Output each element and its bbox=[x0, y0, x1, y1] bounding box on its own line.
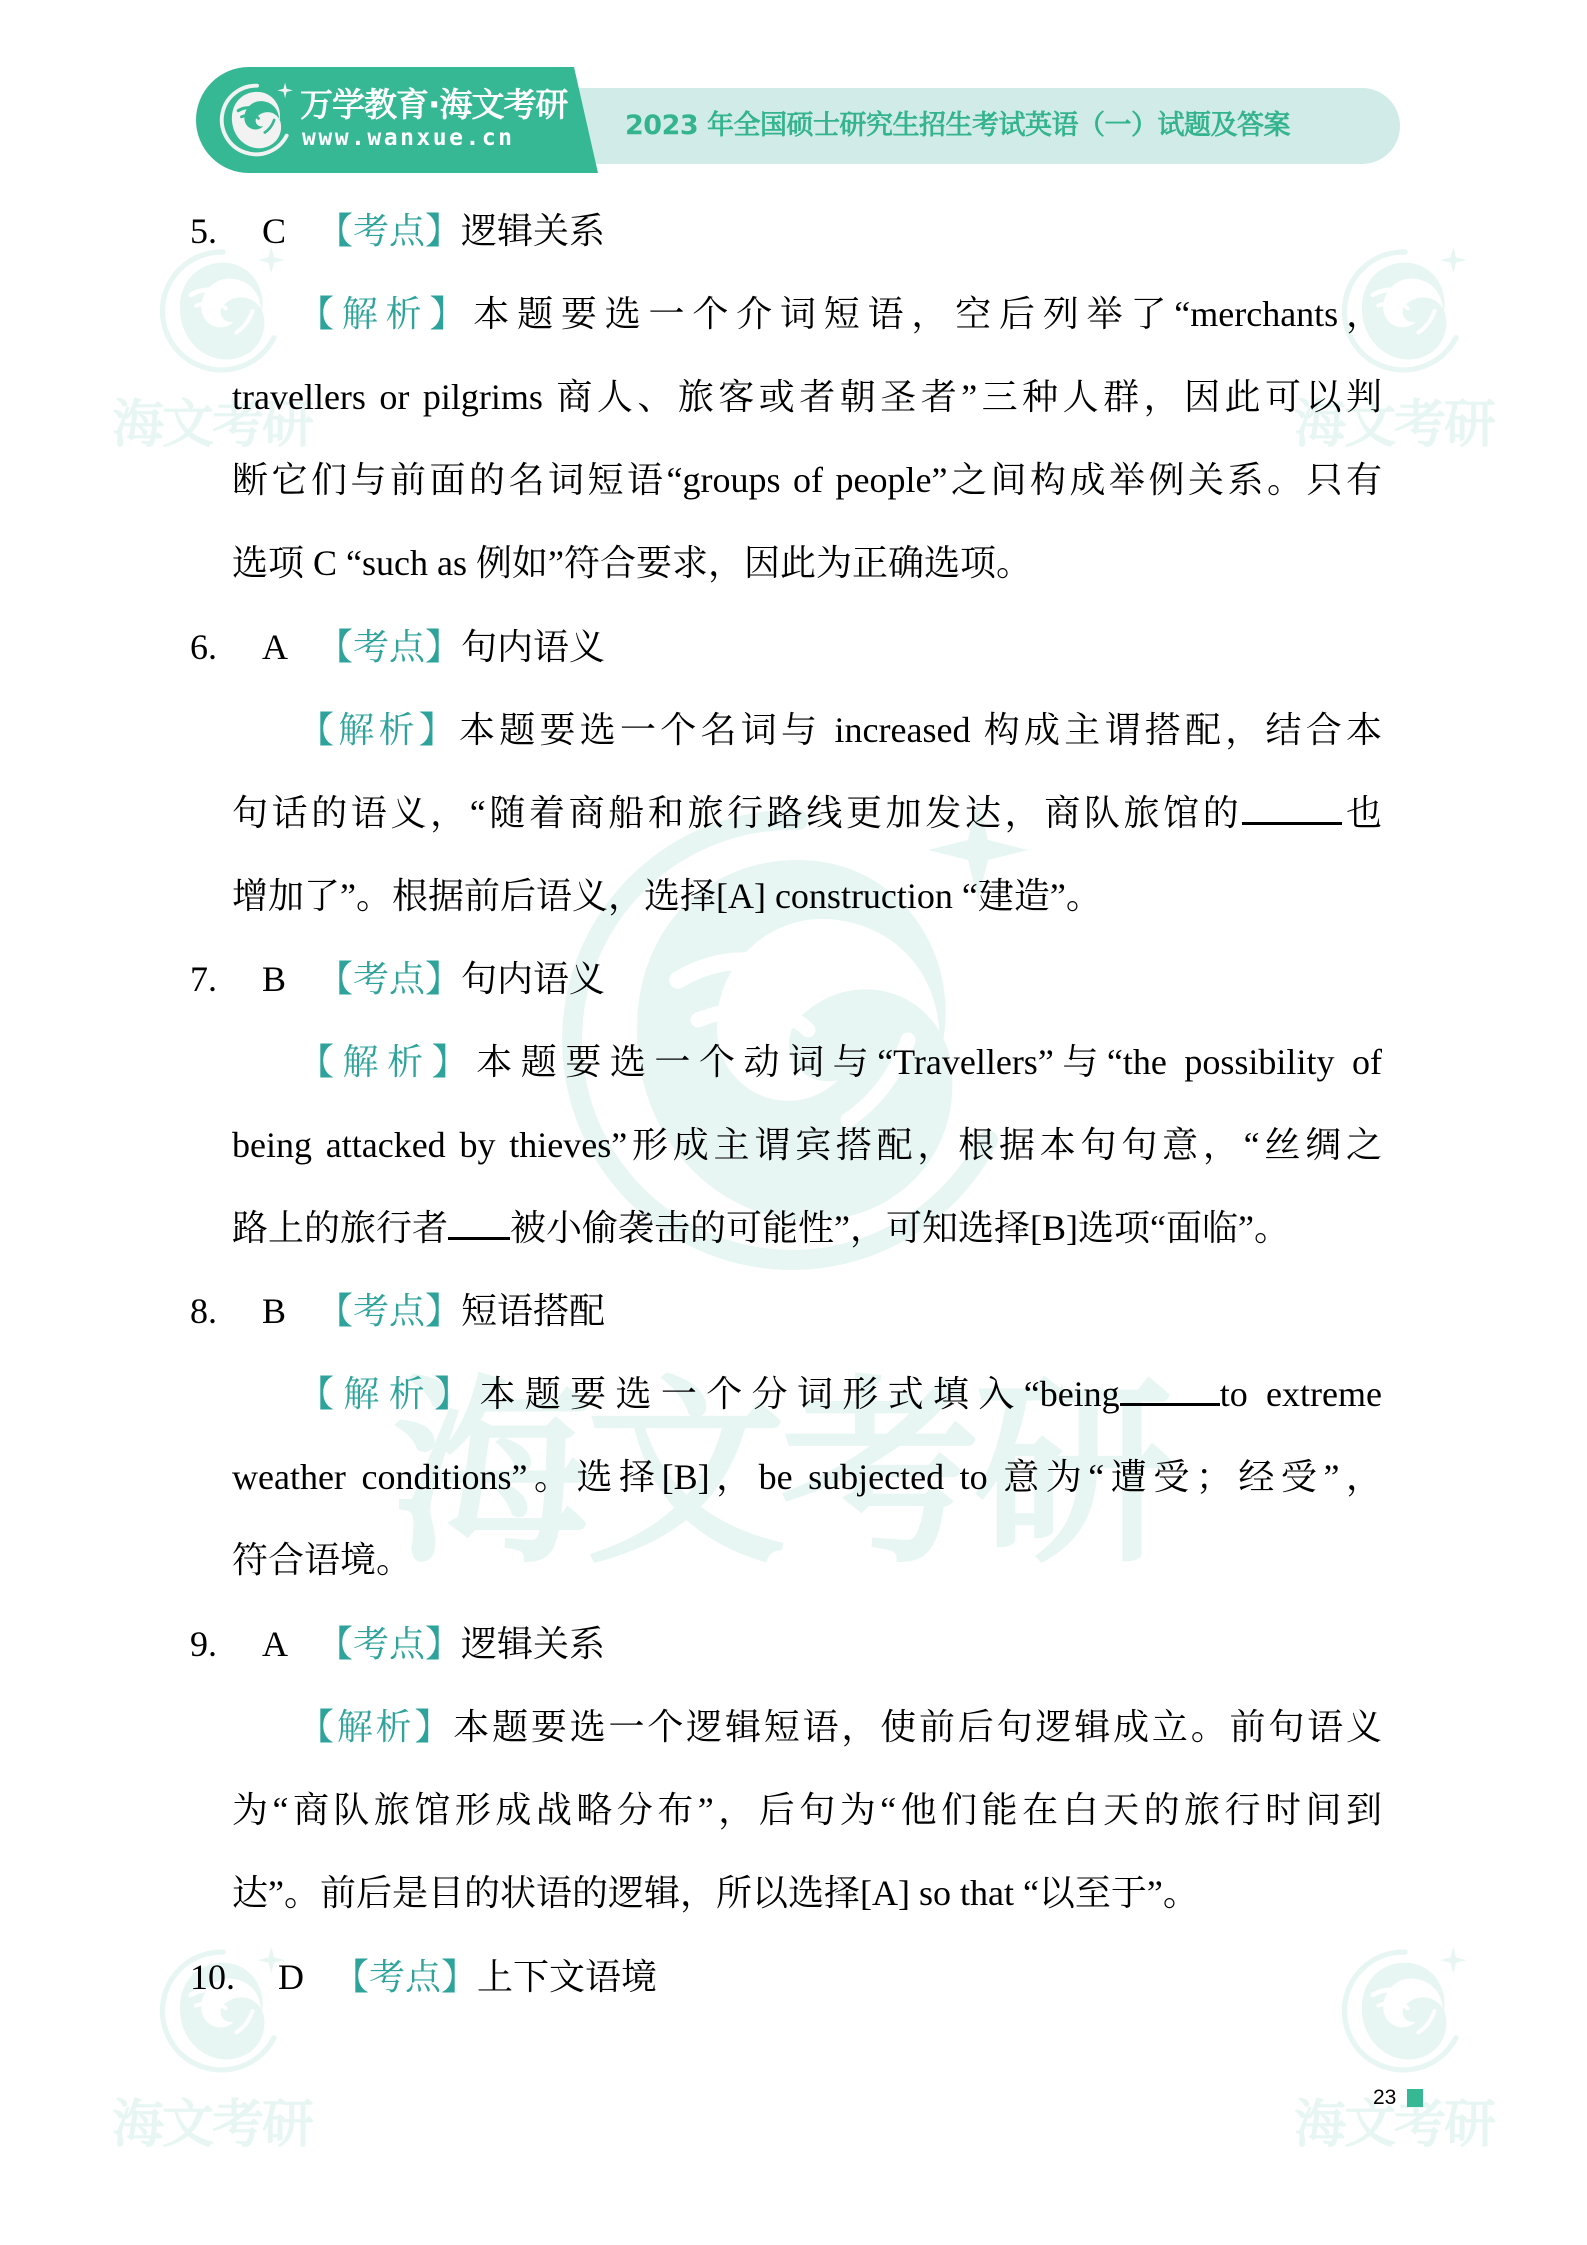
question-8-heading: 8.B【考点】短语搭配 bbox=[190, 1286, 605, 1336]
analysis-text: 被小偷袭击的可能性”，可知选择[B]选项“面临”。 bbox=[510, 1208, 1290, 1248]
question-5-analysis-line-3: 断它们与前面的名词短语“groups of people”之间构成举例关系。只有 bbox=[232, 455, 1382, 505]
question-5-analysis-line-4: 选项 C “such as 例如”符合要求，因此为正确选项。 bbox=[232, 538, 1382, 588]
watermark-logo-bottom-right bbox=[1338, 1944, 1472, 2078]
question-number: 6. bbox=[190, 622, 262, 672]
question-5-analysis-line-2: travellers or pilgrims 商人、旅客或者朝圣者”三种人群，因… bbox=[232, 372, 1382, 422]
brand-name: 万学教育·海文考研 bbox=[300, 87, 568, 123]
question-10-heading: 10.D【考点】上下文语境 bbox=[190, 1952, 657, 2002]
page-number: 23 bbox=[1373, 2086, 1396, 2110]
analysis-text: 本题要选一个介词短语，空后列举了“merchants， bbox=[473, 294, 1382, 334]
question-number: 7. bbox=[190, 954, 262, 1004]
page-number-marker bbox=[1407, 2089, 1423, 2107]
question-7-analysis-line-1: 【解析】本题要选一个动词与“Travellers”与“the possibili… bbox=[298, 1037, 1382, 1087]
question-topic: 句内语义 bbox=[461, 959, 605, 999]
analysis-text: 本题要选一个分词形式填入“being bbox=[479, 1374, 1119, 1414]
question-5-heading: 5.C【考点】逻辑关系 bbox=[190, 206, 605, 256]
analysis-tag: 【解析】 bbox=[298, 1042, 476, 1082]
analysis-text: 句话的语义，“随着商船和旅行路线更加发达，商队旅馆的 bbox=[232, 793, 1242, 833]
analysis-tag: 【解析】 bbox=[298, 294, 473, 334]
question-number: 10. bbox=[190, 1952, 278, 2002]
analysis-tag: 【解析】 bbox=[298, 710, 459, 750]
question-answer: A bbox=[262, 1619, 317, 1669]
question-answer: B bbox=[262, 1286, 317, 1336]
question-7-analysis-line-2: being attacked by thieves”形成主谓宾搭配，根据本句句意… bbox=[232, 1120, 1382, 1170]
question-6-heading: 6.A【考点】句内语义 bbox=[190, 622, 605, 672]
question-number: 9. bbox=[190, 1619, 262, 1669]
question-9-analysis-line-3: 达”。前后是目的状语的逻辑，所以选择[A] so that “以至于”。 bbox=[232, 1868, 1382, 1918]
point-tag: 【考点】 bbox=[317, 627, 461, 667]
answer-blank bbox=[1120, 1369, 1220, 1406]
question-5-analysis-line-1: 【解析】本题要选一个介词短语，空后列举了“merchants， bbox=[298, 289, 1382, 339]
analysis-text: 本题要选一个名词与 increased 构成主谓搭配，结合本 bbox=[459, 710, 1382, 750]
analysis-text: to extreme bbox=[1220, 1374, 1382, 1414]
watermark-text-bottom-left: 海文考研 bbox=[112, 2096, 312, 2154]
question-9-analysis-line-1: 【解析】本题要选一个逻辑短语，使前后句逻辑成立。前句语义 bbox=[298, 1702, 1382, 1752]
analysis-tag: 【解析】 bbox=[298, 1707, 453, 1747]
watermark-logo-top-left bbox=[156, 244, 290, 378]
analysis-text: 也 bbox=[1342, 793, 1382, 833]
question-9-heading: 9.A【考点】逻辑关系 bbox=[190, 1619, 605, 1669]
question-number: 8. bbox=[190, 1286, 262, 1336]
question-8-analysis-line-1: 【解析】本题要选一个分词形式填入“beingto extreme bbox=[298, 1369, 1382, 1419]
point-tag: 【考点】 bbox=[317, 211, 461, 251]
question-6-analysis-line-3: 增加了”。根据前后语义，选择[A] construction “建造”。 bbox=[232, 871, 1382, 921]
question-number: 5. bbox=[190, 206, 262, 256]
point-tag: 【考点】 bbox=[317, 1291, 461, 1331]
point-tag: 【考点】 bbox=[333, 1957, 477, 1997]
question-9-analysis-line-2: 为“商队旅馆形成战略分布”，后句为“他们能在白天的旅行时间到 bbox=[232, 1785, 1382, 1835]
question-6-analysis-line-2: 句话的语义，“随着商船和旅行路线更加发达，商队旅馆的也 bbox=[232, 788, 1382, 838]
brand-logo-block: 万学教育·海文考研 www.wanxue.cn bbox=[196, 67, 598, 173]
analysis-text: 路上的旅行者 bbox=[232, 1208, 448, 1248]
question-8-analysis-line-2: weather conditions”。选择[B]，be subjected t… bbox=[232, 1452, 1382, 1502]
answer-blank bbox=[448, 1203, 510, 1240]
analysis-text: 本题要选一个逻辑短语，使前后句逻辑成立。前句语义 bbox=[453, 1707, 1382, 1747]
question-7-heading: 7.B【考点】句内语义 bbox=[190, 954, 605, 1004]
brand-url: www.wanxue.cn bbox=[302, 125, 515, 151]
question-answer: C bbox=[262, 206, 317, 256]
question-answer: B bbox=[262, 954, 317, 1004]
question-topic: 短语搭配 bbox=[461, 1291, 605, 1331]
point-tag: 【考点】 bbox=[317, 959, 461, 999]
question-8-analysis-line-3: 符合语境。 bbox=[232, 1535, 1382, 1585]
question-topic: 上下文语境 bbox=[477, 1957, 657, 1997]
question-topic: 句内语义 bbox=[461, 627, 605, 667]
question-topic: 逻辑关系 bbox=[461, 1624, 605, 1664]
question-6-analysis-line-1: 【解析】本题要选一个名词与 increased 构成主谓搭配，结合本 bbox=[298, 705, 1382, 755]
question-answer: D bbox=[278, 1952, 333, 2002]
point-tag: 【考点】 bbox=[317, 1624, 461, 1664]
question-answer: A bbox=[262, 622, 317, 672]
answer-blank bbox=[1242, 788, 1342, 825]
question-topic: 逻辑关系 bbox=[461, 211, 605, 251]
question-7-analysis-line-3: 路上的旅行者被小偷袭击的可能性”，可知选择[B]选项“面临”。 bbox=[232, 1203, 1382, 1253]
analysis-tag: 【解析】 bbox=[298, 1374, 479, 1414]
analysis-text: 本题要选一个动词与“Travellers”与“the possibility o… bbox=[476, 1042, 1382, 1082]
document-title: 2023 年全国硕士研究生招生考试英语（一）试题及答案 bbox=[625, 88, 1290, 164]
brand-swirl-icon bbox=[218, 81, 296, 159]
